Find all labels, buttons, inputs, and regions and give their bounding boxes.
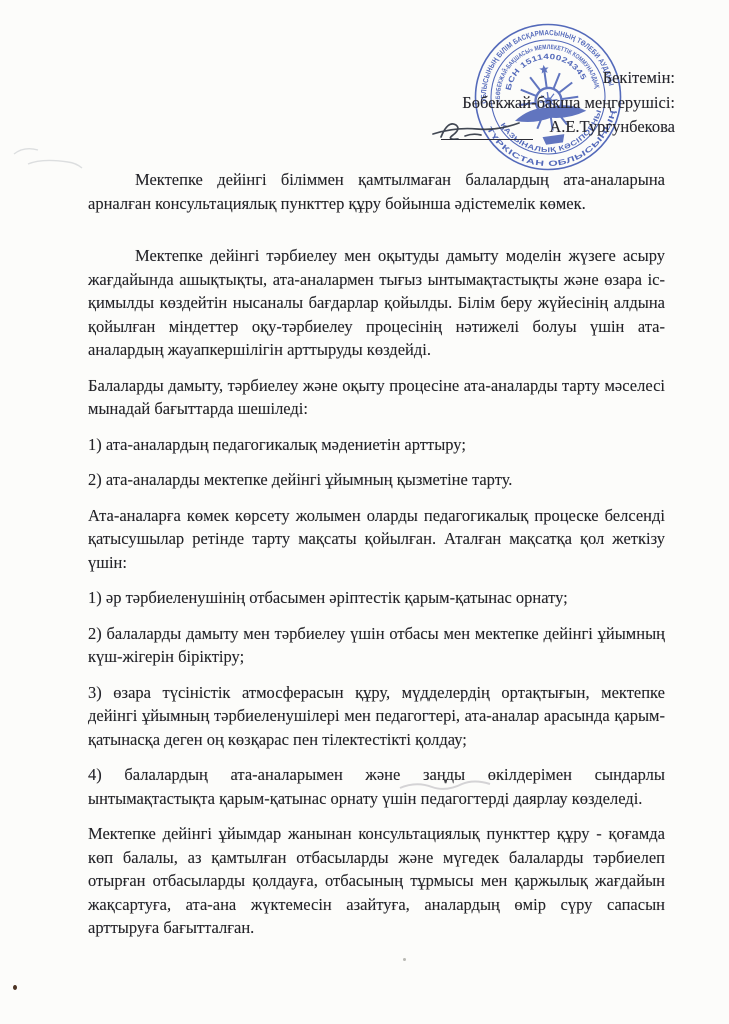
document-body: Мектепке дейінгі біліммен қамтылмаған ба…	[88, 168, 665, 952]
list-item: 1) ата-аналардың педагогикалық мәдениеті…	[88, 433, 665, 457]
scan-speck	[403, 958, 406, 961]
pencil-scan-marks	[8, 120, 98, 180]
list-item: 1) әр тәрбиеленушінің отбасымен әріптест…	[88, 586, 665, 610]
signature-line	[441, 121, 533, 140]
scan-speck	[13, 985, 17, 990]
approval-block: Бекітемін: Бөбекжай-бакша меңгерушісі: А…	[441, 66, 675, 140]
paragraph: Балаларды дамыту, тәрбиелеу және оқыту п…	[88, 374, 665, 421]
paragraph: Мектепке дейінгі тәрбиелеу мен оқытуды д…	[88, 244, 665, 362]
list-item: 3) өзара түсіністік атмосферасын құру, м…	[88, 681, 665, 752]
paragraph: Ата-аналарға көмек көрсету жолымен олард…	[88, 504, 665, 575]
list-item: 2) балаларды дамыту мен тәрбиелеу үшін о…	[88, 622, 665, 669]
approve-label: Бекітемін:	[441, 66, 675, 91]
list-item: 4) балалардың ата-аналарымен және заңды …	[88, 763, 665, 810]
approver-role-label: Бөбекжай-бакша меңгерушісі:	[441, 91, 675, 116]
document-title: Мектепке дейінгі біліммен қамтылмаған ба…	[88, 168, 665, 215]
signature-row: А.Е.Тургунбекова	[441, 115, 675, 140]
list-item: 2) ата-аналарды мектепке дейінгі ұйымның…	[88, 468, 665, 492]
approver-name: А.Е.Тургунбекова	[549, 115, 675, 140]
scanned-document-page: ОБЛЫСЫНЫҢ БІЛІМ БАСҚАРМАСЫНЫҢ ТӨЛЕБИ АУД…	[0, 0, 729, 1024]
paragraph: Мектепке дейінгі ұйымдар жанынан консуль…	[88, 822, 665, 940]
handwritten-signature-icon	[431, 115, 551, 145]
